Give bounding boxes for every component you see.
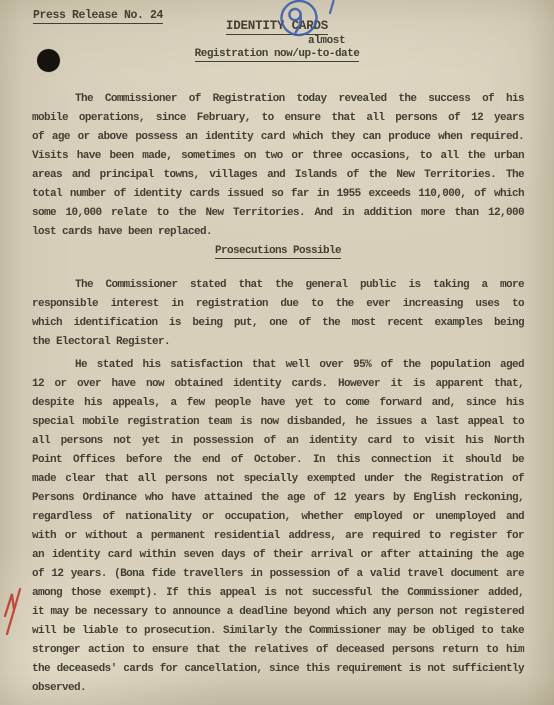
typed-insertion-word: almost <box>308 35 345 47</box>
text-line: Visits have been made, sometimes on two … <box>32 147 524 166</box>
text-line: all persons not yet in possession of an … <box>32 432 524 451</box>
document-subtitle: Registration now/up-to-date <box>0 48 554 60</box>
text-line: responsible interest in registration due… <box>32 295 524 314</box>
text-line: The Commissioner stated that the general… <box>32 276 524 295</box>
text-line: of 12 years. (Bona fide travellers in po… <box>32 565 524 584</box>
paragraph: The Commissioner of Registration today r… <box>32 90 524 242</box>
scanned-press-release-page: Press Release No. 24 IDENTITY CARDS almo… <box>0 0 554 705</box>
text-line: total number of identity cards issued so… <box>32 185 524 204</box>
text-line: observed. <box>32 679 524 698</box>
text-line: He stated his satisfaction that well ove… <box>32 356 524 375</box>
text-line: mobile operations, since February, to en… <box>32 109 524 128</box>
section-heading-text: Prosecutions Possible <box>215 245 341 259</box>
body-content: The Commissioner of Registration today r… <box>32 90 524 698</box>
text-line: among those exempt). If this appeal is n… <box>32 584 524 603</box>
text-line: despite his appeals, a few people have y… <box>32 394 524 413</box>
text-line: Point Offices before the end of October.… <box>32 451 524 470</box>
text-line: regardless of nationality or occupation,… <box>32 508 524 527</box>
tick-mark <box>330 1 334 13</box>
text-line: an identity card within seven days of th… <box>32 546 524 565</box>
text-line: the deceaseds' cards for cancellation, s… <box>32 660 524 679</box>
text-line: 12 or over have now obtained identity ca… <box>32 375 524 394</box>
text-line: The Commissioner of Registration today r… <box>32 90 524 109</box>
text-line: special mobile registration team is now … <box>32 413 524 432</box>
text-line: of age or above possess an identity card… <box>32 128 524 147</box>
document-title-text: IDENTITY CARDS <box>226 19 328 35</box>
text-line: lost cards have been replaced. <box>32 223 524 242</box>
text-line: which identification is being put, one o… <box>32 314 524 333</box>
text-line: some 10,000 relate to the New Territorie… <box>32 204 524 223</box>
paragraph: The Commissioner stated that the general… <box>32 276 524 352</box>
document-title: IDENTITY CARDS <box>0 19 554 33</box>
text-line: it may be necessary to announce a deadli… <box>32 603 524 622</box>
text-line: stronger action to ensure that the relat… <box>32 641 524 660</box>
text-line: will be liable to prosecution. Similarly… <box>32 622 524 641</box>
text-line: Persons Ordinance who have attained the … <box>32 489 524 508</box>
document-subtitle-text: Registration now/up-to-date <box>195 48 360 62</box>
text-line: areas and principal towns, villages and … <box>32 166 524 185</box>
text-line: made clear that all persons not speciall… <box>32 470 524 489</box>
paragraph: He stated his satisfaction that well ove… <box>32 356 524 698</box>
section-heading: Prosecutions Possible <box>32 242 524 261</box>
text-line: with or without a permanent residential … <box>32 527 524 546</box>
text-line: the Electoral Register. <box>32 333 524 352</box>
red-margin-mark <box>5 589 20 634</box>
